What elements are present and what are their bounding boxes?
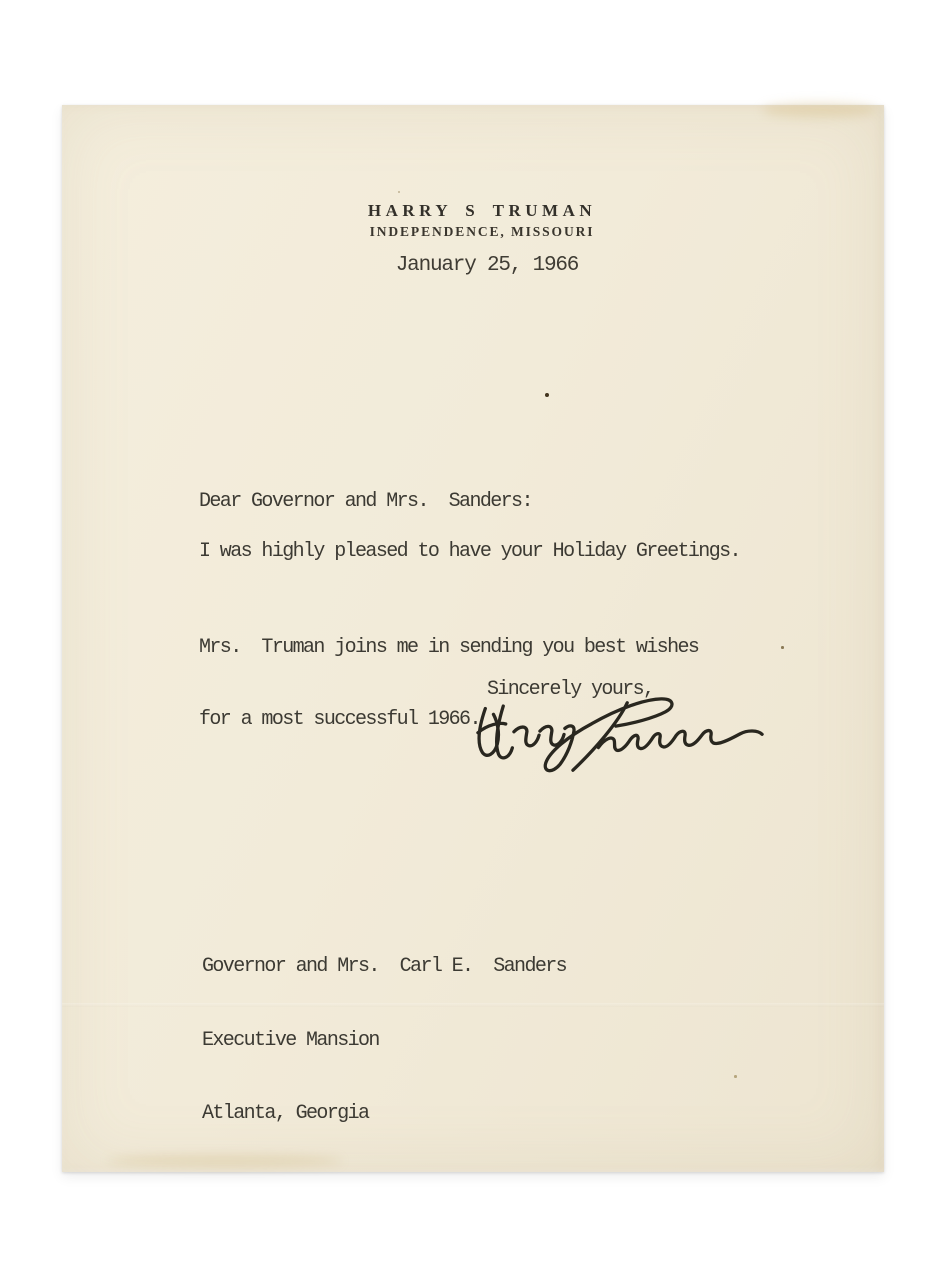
paper-stain (107, 1155, 342, 1167)
letterhead-name: HARRY S TRUMAN (71, 201, 893, 221)
paper-speck (545, 393, 549, 397)
letter-paper: HARRY S TRUMAN INDEPENDENCE, MISSOURI Ja… (62, 105, 884, 1172)
body-paragraph-2-line-1: Mrs. Truman joins me in sending you best… (199, 636, 698, 660)
recipient-line-2: Executive Mansion (202, 1029, 566, 1054)
paper-crease (62, 1003, 884, 1007)
photo-background: HARRY S TRUMAN INDEPENDENCE, MISSOURI Ja… (0, 0, 950, 1280)
letter-date: January 25, 1966 (76, 253, 898, 279)
paper-stain (762, 102, 877, 118)
truman-signature (469, 687, 771, 779)
salutation: Dear Governor and Mrs. Sanders: (199, 490, 532, 514)
paper-speck (734, 1075, 737, 1078)
paper-speck (398, 191, 400, 193)
letterhead-location: INDEPENDENCE, MISSOURI (71, 224, 893, 240)
recipient-line-1: Governor and Mrs. Carl E. Sanders (202, 955, 566, 980)
paper-speck (781, 646, 784, 649)
recipient-line-3: Atlanta, Georgia (202, 1102, 566, 1127)
body-paragraph-1: I was highly pleased to have your Holida… (199, 540, 740, 564)
recipient-address: Governor and Mrs. Carl E. Sanders Execut… (202, 906, 566, 1176)
